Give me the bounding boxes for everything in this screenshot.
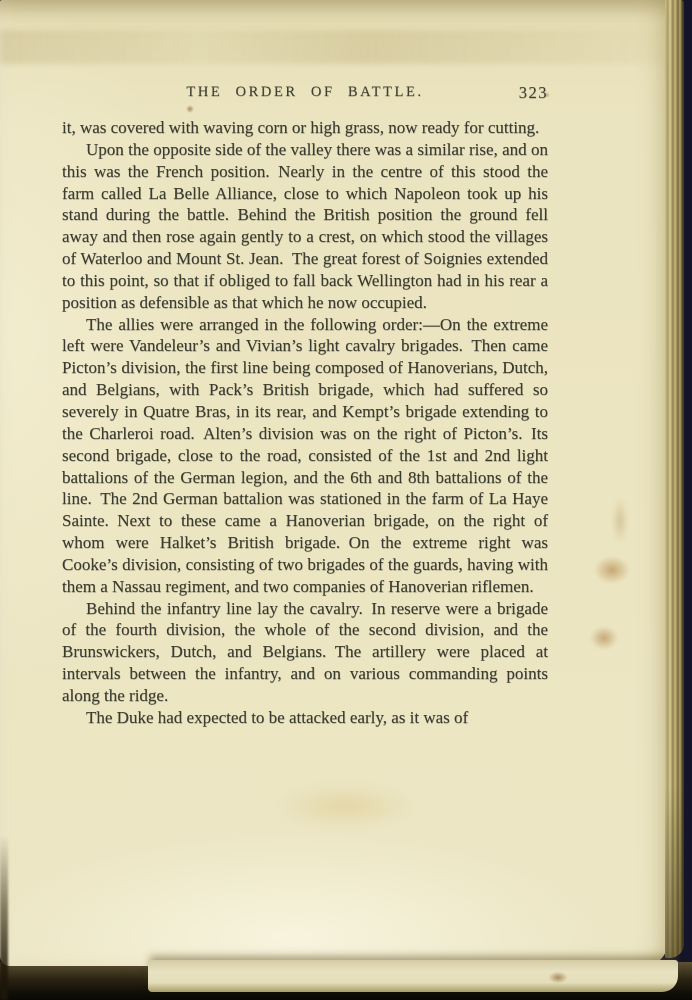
body-paragraph: it, was covered with waving corn or high… <box>62 117 548 139</box>
body-paragraph: The allies were arranged in the followin… <box>62 314 548 598</box>
page-text-block: THE ORDER OF BATTLE. 323 it, was covered… <box>62 84 548 729</box>
running-header-title: THE ORDER OF BATTLE. <box>186 84 423 100</box>
page-number: 323 <box>519 83 548 103</box>
book-scan: THE ORDER OF BATTLE. 323 it, was covered… <box>0 0 692 1000</box>
body-paragraph: Upon the opposite side of the valley the… <box>62 139 548 314</box>
body-paragraph: Behind the infantry line lay the cavalry… <box>62 598 548 707</box>
page-fore-edge <box>665 0 684 958</box>
under-page-edge <box>148 960 678 992</box>
paper-shading-band <box>0 30 668 64</box>
book-left-edge <box>0 835 8 1000</box>
running-header: THE ORDER OF BATTLE. 323 <box>62 84 548 108</box>
book-page: THE ORDER OF BATTLE. 323 it, was covered… <box>0 0 668 966</box>
body-paragraph: The Duke had expected to be attacked ear… <box>62 707 548 729</box>
body-text: it, was covered with waving corn or high… <box>62 117 548 729</box>
